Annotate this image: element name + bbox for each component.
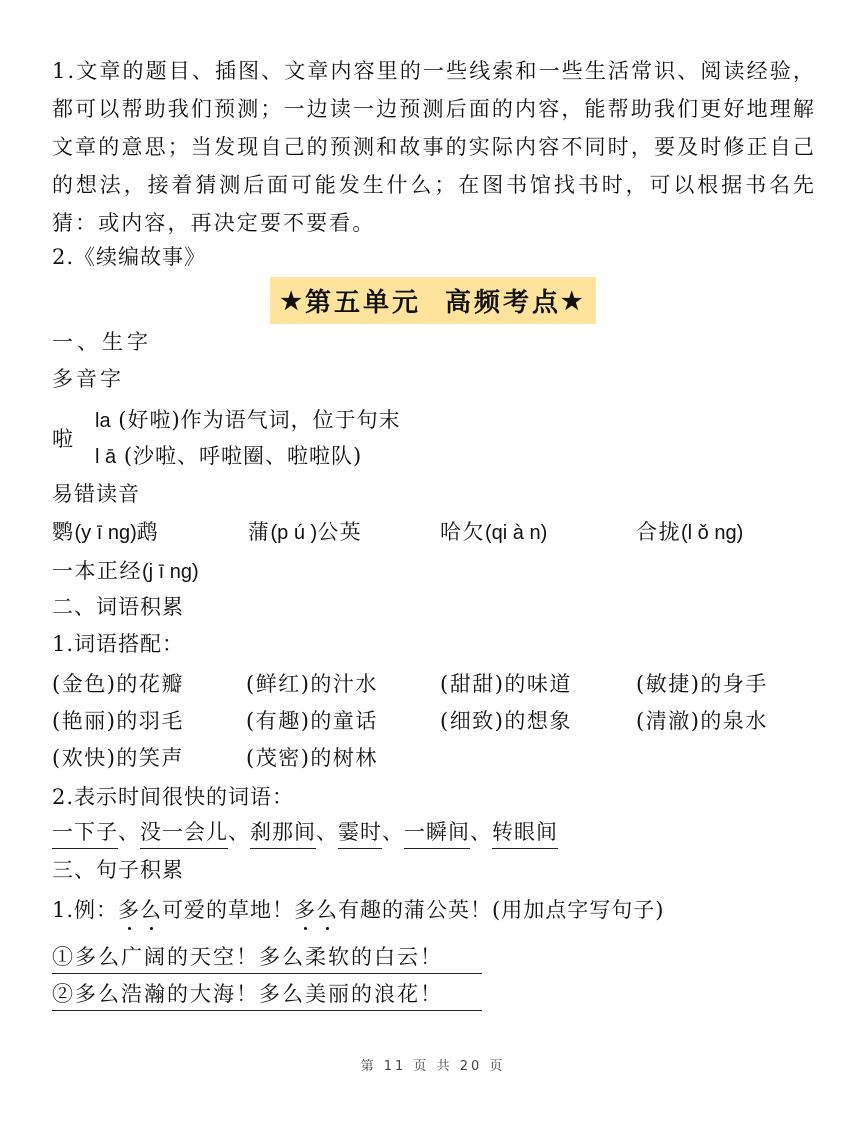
section-heading-characters: 一、生字: [52, 328, 152, 356]
answer-line-1: ①多么广阔的天空！多么柔软的白云！: [52, 941, 482, 974]
pinyin: (j ī ng): [142, 561, 199, 583]
dotted-char: 么: [140, 896, 162, 924]
example-text: 可爱的草地！: [162, 898, 294, 922]
collocation-item: (艳丽)的羽毛: [52, 705, 184, 735]
mispronounced-item: 合拢(l ǒ ng): [636, 516, 743, 546]
word: 哈欠: [440, 520, 485, 544]
star-icon: ★: [280, 286, 305, 315]
collocation-item: (鲜红)的汁水: [246, 668, 378, 698]
intro-item-1: 1.文章的题目、插图、文章内容里的一些线索和一些生活常识、阅读经验，都可以帮助我…: [52, 52, 816, 242]
collocation-label: 1.词语搭配：: [52, 630, 184, 658]
section-heading-vocabulary: 二、词语积累: [52, 593, 184, 621]
collocation-item: (细致)的想象: [440, 705, 572, 735]
fast-time-words: 一下子、没一会儿、刹那间、霎时、一瞬间、转眼间: [52, 818, 558, 849]
separator: 、: [118, 820, 140, 844]
pinyin: (y ī ng): [75, 522, 137, 544]
section-heading-sentences: 三、句子积累: [52, 856, 184, 884]
underlined-word: 一瞬间: [404, 818, 470, 849]
mispronounced-item: 哈欠(qi à n): [440, 516, 547, 546]
polyphonic-label: 多音字: [52, 365, 124, 393]
pinyin: (l ǒ ng): [681, 522, 743, 544]
reading-text: (好啦)作为语气词，位于句末: [118, 408, 400, 432]
polyphonic-reading-1: la (好啦)作为语气词，位于句末: [95, 404, 401, 434]
underlined-word: 转眼间: [492, 818, 558, 849]
dotted-char: 多: [118, 896, 140, 924]
intro-item-2: 2.《续编故事》: [52, 243, 206, 271]
separator: 、: [382, 820, 404, 844]
pinyin: la: [95, 410, 111, 432]
underlined-word: 刹那间: [250, 818, 316, 849]
separator: 、: [316, 820, 338, 844]
fast-time-label: 2.表示时间很快的词语：: [52, 783, 294, 811]
mispronounced-item: 鹦(y ī ng)鹉: [52, 516, 159, 546]
polyphonic-reading-2: l ā (沙啦、呼啦圈、啦啦队): [95, 440, 362, 470]
underlined-word: 没一会儿: [140, 818, 228, 849]
separator: 、: [228, 820, 250, 844]
word: 鹦: [52, 520, 75, 544]
underlined-word: 一下子: [52, 818, 118, 849]
pinyin: l ā: [95, 446, 116, 468]
collocation-item: (有趣)的童话: [246, 705, 378, 735]
pinyin: (p ú ): [271, 522, 318, 544]
mispronounced-item: 蒲(p ú )公英: [248, 516, 362, 546]
mispronounced-label: 易错读音: [52, 480, 140, 508]
example-prefix: 1.例：: [52, 898, 118, 922]
collocation-item: (敏捷)的身手: [636, 668, 768, 698]
word: 公英: [317, 520, 362, 544]
separator: 、: [470, 820, 492, 844]
word: 一本正经: [52, 559, 142, 583]
page-number: 第 11 页 共 20 页: [0, 1055, 866, 1074]
word: 蒲: [248, 520, 271, 544]
example-sentence: 1.例：多么可爱的草地！多么有趣的蒲公英！(用加点字写句子): [52, 896, 664, 924]
example-text: 有趣的蒲公英！(用加点字写句子): [338, 898, 664, 922]
collocation-item: (金色)的花瓣: [52, 668, 184, 698]
underlined-word: 霎时: [338, 818, 382, 849]
unit-banner: ★ 第五单元 高频考点 ★: [270, 277, 596, 324]
dotted-char: 么: [316, 896, 338, 924]
dotted-char: 多: [294, 896, 316, 924]
polyphonic-char: 啦: [52, 423, 73, 453]
collocation-item: (欢快)的笑声: [52, 742, 184, 772]
collocation-item: (茂密)的树林: [246, 742, 378, 772]
word: 合拢: [636, 520, 681, 544]
word: 鹉: [137, 520, 160, 544]
answer-line-2: ②多么浩瀚的大海！多么美丽的浪花！: [52, 978, 482, 1011]
collocation-item: (清澈)的泉水: [636, 705, 768, 735]
reading-text: (沙啦、呼啦圈、啦啦队): [124, 444, 362, 468]
pinyin: (qi à n): [485, 522, 547, 544]
banner-title: 第五单元 高频考点: [305, 282, 561, 319]
mispronounced-item: 一本正经(j ī ng): [52, 555, 199, 585]
star-icon: ★: [561, 286, 586, 315]
collocation-item: (甜甜)的味道: [440, 668, 572, 698]
